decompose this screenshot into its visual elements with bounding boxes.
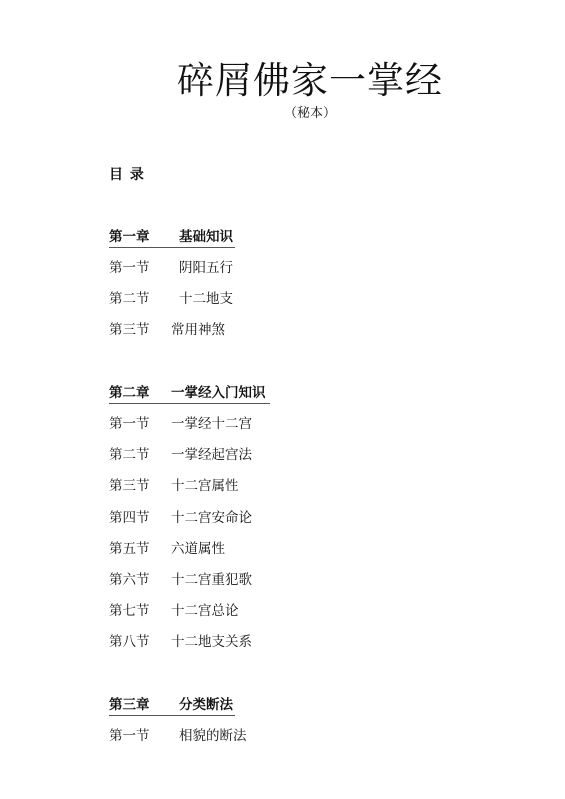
section-title: 一掌经十二宫	[171, 415, 252, 433]
toc-section[interactable]: 第一节 相貌的断法	[109, 727, 150, 745]
toc-section[interactable]: 第六节 十二宫重犯歌	[109, 571, 150, 589]
section-title: 十二宫重犯歌	[171, 571, 252, 589]
section-number: 第一节	[109, 259, 150, 277]
section-number: 第八节	[109, 633, 150, 651]
chapter-title: 分类断法	[179, 696, 233, 714]
section-title: 阴阳五行	[179, 259, 233, 277]
toc-section[interactable]: 第三节 十二宫属性	[109, 477, 150, 495]
section-number: 第一节	[109, 415, 150, 433]
toc-section[interactable]: 第一节 阴阳五行	[109, 259, 150, 277]
document-title: 碎屑佛家一掌经	[0, 50, 565, 104]
section-number: 第六节	[109, 571, 150, 589]
document-subtitle: （秘本）	[0, 102, 565, 121]
section-title: 常用神煞	[171, 321, 225, 339]
chapter-underline	[109, 715, 235, 716]
section-title: 十二宫总论	[171, 602, 239, 620]
section-number: 第三节	[109, 321, 150, 339]
chapter-underline	[109, 247, 235, 248]
toc-chapter-1[interactable]: 第一章 基础知识	[109, 228, 150, 246]
section-title: 十二地支	[179, 290, 233, 308]
chapter-number: 第一章	[109, 228, 150, 246]
section-number: 第七节	[109, 602, 150, 620]
toc-section[interactable]: 第三节 常用神煞	[109, 321, 150, 339]
section-number: 第五节	[109, 540, 150, 558]
section-number: 第二节	[109, 290, 150, 308]
chapter-title: 基础知识	[179, 228, 233, 246]
toc-section[interactable]: 第五节 六道属性	[109, 540, 150, 558]
chapter-number: 第三章	[109, 696, 150, 714]
section-title: 十二宫安命论	[171, 509, 252, 527]
section-number: 第三节	[109, 477, 150, 495]
toc-section[interactable]: 第二节 一掌经起宫法	[109, 446, 150, 464]
section-title: 六道属性	[171, 540, 225, 558]
section-title: 十二宫属性	[171, 477, 239, 495]
section-title: 十二地支关系	[171, 633, 252, 651]
toc-section[interactable]: 第四节 十二宫安命论	[109, 509, 150, 527]
toc-section[interactable]: 第二节 十二地支	[109, 290, 150, 308]
toc-section[interactable]: 第七节 十二宫总论	[109, 602, 150, 620]
section-title: 一掌经起宫法	[171, 446, 252, 464]
chapter-number: 第二章	[109, 384, 150, 402]
section-number: 第四节	[109, 509, 150, 527]
section-title: 相貌的断法	[179, 727, 247, 745]
toc-chapter-2[interactable]: 第二章 一掌经入门知识	[109, 384, 150, 402]
chapter-underline	[109, 403, 270, 404]
toc-heading: 目 录	[109, 164, 144, 184]
toc-section[interactable]: 第一节 一掌经十二宫	[109, 415, 150, 433]
chapter-title: 一掌经入门知识	[171, 384, 266, 402]
section-number: 第一节	[109, 727, 150, 745]
toc-section[interactable]: 第八节 十二地支关系	[109, 633, 150, 651]
section-number: 第二节	[109, 446, 150, 464]
toc-chapter-3[interactable]: 第三章 分类断法	[109, 696, 150, 714]
